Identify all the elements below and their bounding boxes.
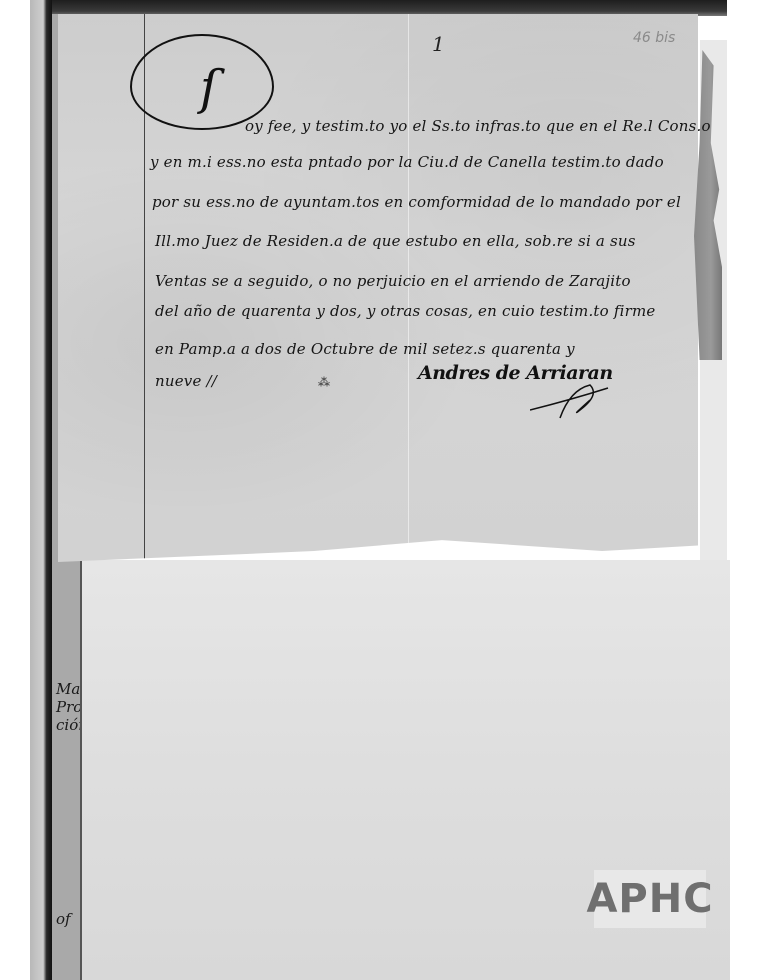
- text-line-4: Ill.mo Juez de Residen.a de que estubo e…: [155, 232, 636, 250]
- text-line-1: oy fee, y testim.to yo el Ss.to infras.t…: [245, 117, 711, 135]
- text-line-7: en Pamp.a a dos de Octubre de mil setez.…: [155, 340, 575, 358]
- text-line-5: Ventas se a seguido, o no perjuicio en e…: [155, 272, 631, 290]
- text-line-3: por su ess.no de ayuntam.tos en comformi…: [152, 193, 681, 211]
- underlying-page-bottom-text: of: [56, 910, 71, 928]
- archive-watermark-logo: APHC: [594, 870, 706, 928]
- ink-blot: ⁂: [318, 375, 330, 389]
- binding-spine: [30, 0, 52, 980]
- text-line-6: del año de quarenta y dos, y otras cosas…: [155, 302, 655, 320]
- text-line-2: y en m.i ess.no esta pntado por la Ciu.d…: [150, 153, 664, 171]
- text-line-8: nueve //: [155, 372, 217, 390]
- signature-rubric: [530, 380, 610, 420]
- scan-top-edge: [30, 0, 727, 16]
- folio-number: 46 bis: [633, 30, 675, 46]
- page-number: 1: [432, 32, 445, 56]
- decorated-initial-letter: ſ: [200, 60, 218, 116]
